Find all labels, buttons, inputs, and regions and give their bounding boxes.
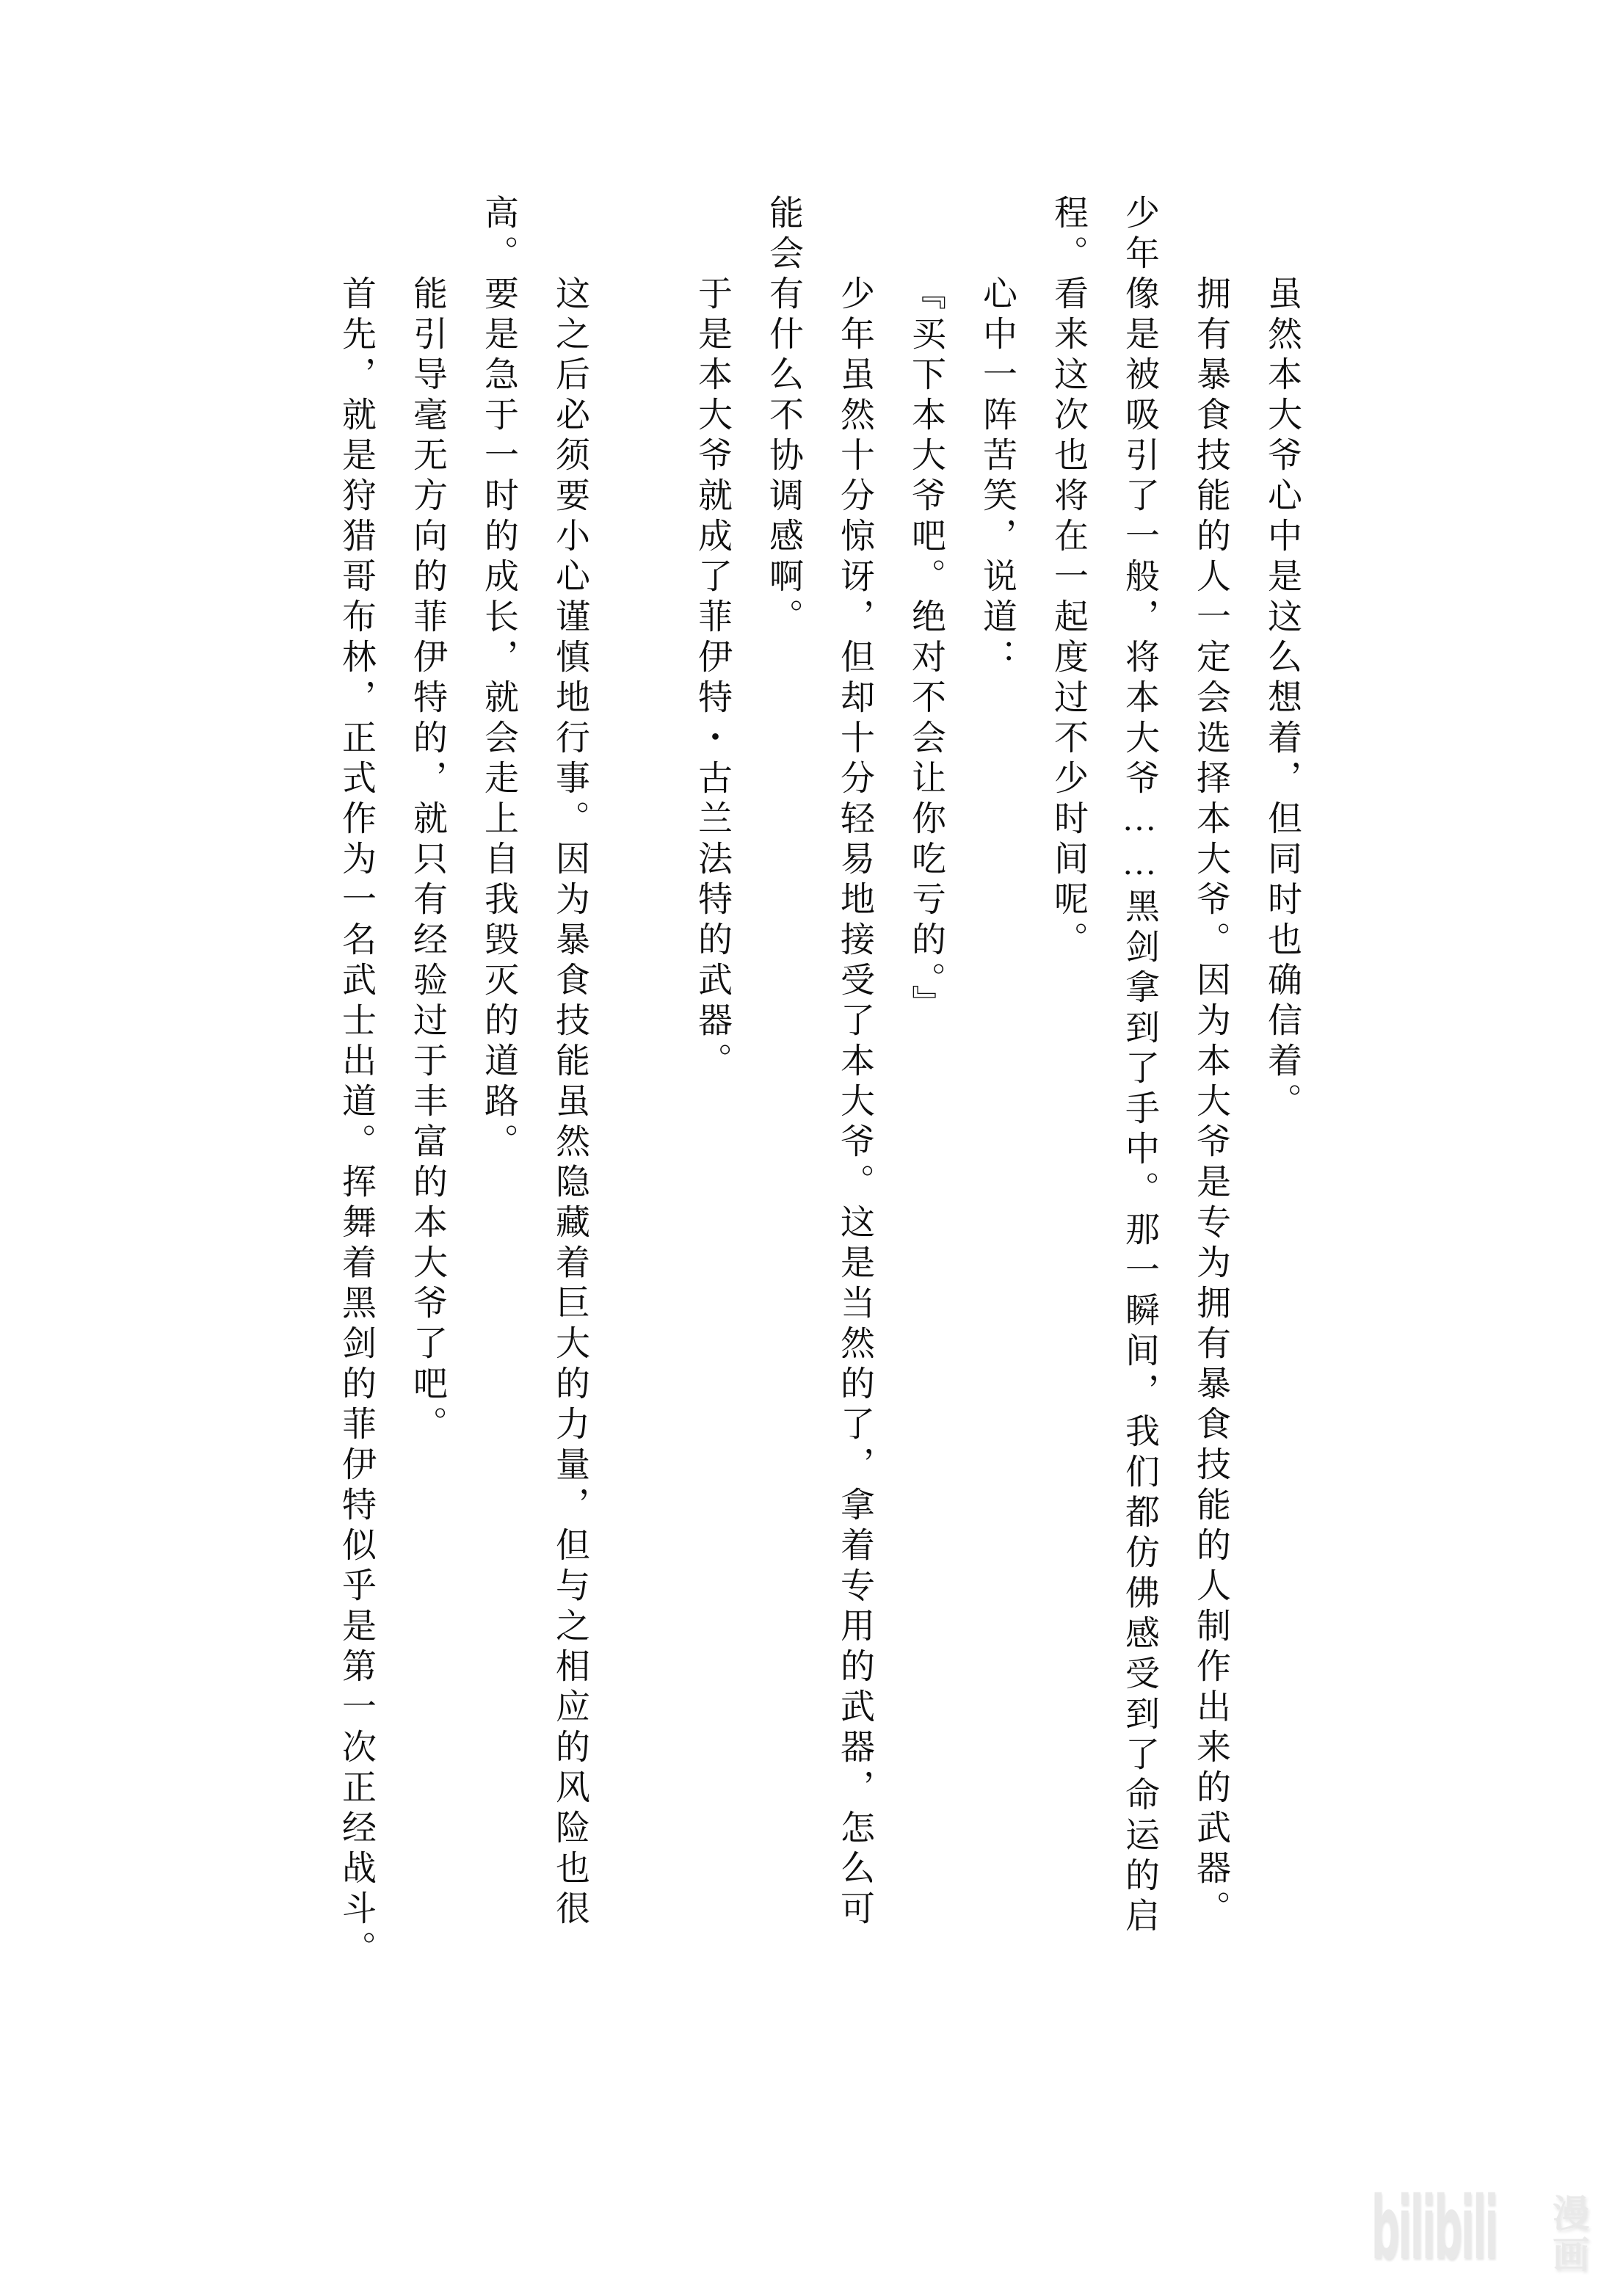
text-column-5: 心中一阵苦笑，说道： [961, 275, 1032, 679]
manga-label-top: 漫 [1553, 2193, 1589, 2234]
text-column-9: 于是本大爷就成了菲伊特・古兰法特的武器。 [676, 275, 747, 1083]
text-column-8: 能会有什么不协调感啊。 [747, 195, 819, 639]
text-column-6: 『买下本大爷吧。绝对不会让你吃亏的。』 [890, 275, 961, 1025]
text-column-3: 少年像是被吸引了一般，将本大爷……黑剑拿到了手中。那一瞬间，我们都仿佛感受到了命… [1103, 195, 1175, 1938]
text-column-12: 能引导毫无方向的菲伊特的，就只有经验过于丰富的本大爷了吧。 [391, 275, 462, 1446]
text-column-11: 高。要是急于一时的成长，就会走上自我毁灭的道路。 [462, 195, 534, 1163]
text-column-13: 首先，就是狩猎哥布林，正式作为一名武士出道。挥舞着黑剑的菲伊特似乎是第一次正经战… [320, 275, 391, 1971]
text-column-4: 程。看来这次也将在一起度过不少时间呢。 [1032, 195, 1103, 962]
text-column-7: 少年虽然十分惊讶，但却十分轻易地接受了本大爷。这是当然的了，拿着专用的武器，怎么… [819, 275, 890, 1930]
manga-label: 漫 画 [1553, 2193, 1589, 2275]
novel-page: 虽然本大爷心中是这么想着，但同时也确信着。 拥有暴食技能的人一定会选择本大爷。因… [0, 0, 1615, 2296]
bilibili-watermark: bilibili 漫 画 [1371, 2195, 1592, 2275]
text-column-1: 虽然本大爷心中是这么想着，但同时也确信着。 [1246, 275, 1317, 1123]
manga-label-bottom: 画 [1553, 2234, 1589, 2275]
text-column-10: 这之后必须要小心谨慎地行事。因为暴食技能虽然隐藏着巨大的力量，但与之相应的风险也… [534, 275, 605, 1930]
text-column-2: 拥有暴食技能的人一定会选择本大爷。因为本大爷是专为拥有暴食技能的人制作出来的武器… [1175, 275, 1246, 1930]
bilibili-logo: bilibili [1371, 2184, 1497, 2271]
